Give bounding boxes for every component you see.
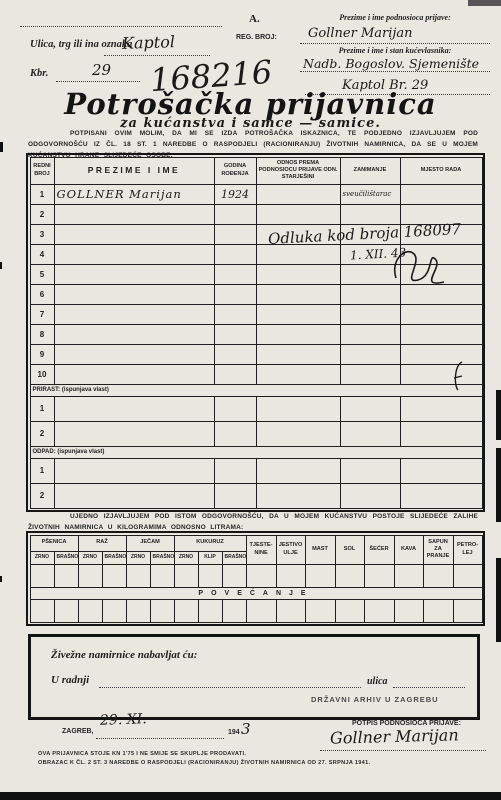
empty-cell — [214, 284, 256, 304]
signature-flourish — [388, 240, 458, 290]
sub-col-zrno: ZRNO — [174, 551, 198, 564]
sub-col-brasno: BRAŠNO — [222, 551, 246, 564]
supplies-table-grid: PŠENICA RAŽ JEČAM KUKURUZ TJESTE-NINE JE… — [30, 535, 483, 623]
footer-price-note: OVA PRIJAVNICA STOJE KN 1'75 I NE SMIJE … — [38, 751, 246, 757]
col-petrolej: PETRO-LEJ — [453, 535, 482, 564]
empty-cell — [340, 483, 400, 508]
row-number: 7 — [30, 304, 54, 324]
row-number: 9 — [30, 344, 54, 364]
empty-cell — [340, 304, 400, 324]
dotted-line — [56, 81, 140, 82]
empty-cell — [214, 224, 256, 244]
shop-label: U radnji — [51, 674, 89, 686]
empty-cell — [54, 264, 214, 284]
empty-cell — [340, 364, 400, 384]
odpad-band: ODPAD: (ispunjava vlast) — [30, 446, 482, 458]
empty-cell — [214, 304, 256, 324]
empty-cell — [256, 344, 340, 364]
empty-cell — [400, 458, 482, 483]
row-number: 1 — [30, 396, 54, 421]
empty-cell — [214, 364, 256, 384]
row-number: 5 — [30, 264, 54, 284]
sub-col-zrno: ZRNO — [78, 551, 102, 564]
ink-mark — [450, 360, 466, 392]
empty-cell — [256, 324, 340, 344]
street-value-handwritten: Kaptol — [122, 32, 176, 53]
supplies-group-header-row: PŠENICA RAŽ JEČAM KUKURUZ TJESTE-NINE JE… — [30, 535, 482, 551]
col-kava: KAVA — [394, 535, 423, 564]
row-number: 2 — [30, 421, 54, 446]
sub-col-brasno: BRAŠNO — [150, 551, 174, 564]
sub-col-zrno: ZRNO — [30, 551, 54, 564]
dotted-line — [96, 738, 224, 739]
prirast-label: PRIRAST: (ispunjava vlast) — [30, 384, 482, 396]
scan-artifact — [0, 792, 501, 800]
empty-cell — [364, 599, 394, 622]
col-header-prezime-ime: PREZIME I IME — [54, 157, 214, 184]
empty-cell — [214, 458, 256, 483]
odpad-row-1: 1 — [30, 458, 482, 483]
odpad-row-2: 2 — [30, 483, 482, 508]
empty-cell — [54, 364, 214, 384]
reg-number-label: REG. BROJ: — [236, 34, 277, 41]
house-number-label: Kbr. — [30, 68, 48, 79]
empty-cell — [256, 284, 340, 304]
empty-cell — [198, 564, 222, 587]
empty-cell — [335, 599, 364, 622]
povecanje-band: POVEĆANJE — [30, 587, 482, 599]
empty-cell — [54, 284, 214, 304]
sub-col-klip: KLIP — [198, 551, 222, 564]
prirast-row-2: 2 — [30, 421, 482, 446]
empty-cell — [256, 396, 340, 421]
supplies-table: PŠENICA RAŽ JEČAM KUKURUZ TJESTE-NINE JE… — [26, 531, 485, 626]
empty-cell — [214, 396, 256, 421]
empty-cell — [54, 599, 78, 622]
empty-cell — [174, 599, 198, 622]
empty-cell — [30, 599, 54, 622]
col-tjestenine: TJESTE-NINE — [246, 535, 276, 564]
empty-cell — [423, 599, 453, 622]
empty-cell — [54, 204, 214, 224]
household-header-row: REDNI BROJ PREZIME I IME GODINA ROĐENJA … — [30, 157, 482, 184]
empty-cell — [198, 599, 222, 622]
empty-cell — [340, 324, 400, 344]
col-header-godina: GODINA ROĐENJA — [214, 157, 256, 184]
landlord-value-handwritten: Nadb. Bogoslov. Sjemenište — [303, 56, 479, 71]
col-header-zanimanje: ZANIMANJE — [340, 157, 400, 184]
empty-cell — [340, 204, 400, 224]
empty-cell — [276, 564, 305, 587]
household-table-grid: REDNI BROJ PREZIME I IME GODINA ROĐENJA … — [30, 157, 483, 509]
empty-cell — [256, 483, 340, 508]
sub-col-brasno: BRAŠNO — [102, 551, 126, 564]
empty-cell — [214, 324, 256, 344]
empty-cell — [340, 396, 400, 421]
empty-cell — [305, 599, 335, 622]
col-group-psenica: PŠENICA — [30, 535, 78, 551]
empty-cell — [214, 421, 256, 446]
scan-artifact — [0, 262, 2, 269]
col-secer: ŠEĆER — [364, 535, 394, 564]
empty-cell — [335, 564, 364, 587]
empty-cell — [214, 264, 256, 284]
empty-cell — [364, 564, 394, 587]
empty-cell — [174, 564, 198, 587]
street-label: Ulica, trg ili ina oznaka — [30, 39, 132, 50]
supplies-intro-paragraph: UJEDNO IZJAVLJUJEM POD ISTOM ODGOVORNOŠĆ… — [28, 511, 478, 533]
street-field-label: ulica — [367, 676, 388, 687]
row-number: 4 — [30, 244, 54, 264]
col-header-mjesto-rada: MJESTO RADA — [400, 157, 482, 184]
empty-cell — [214, 483, 256, 508]
archive-stamp: DRŽAVNI ARHIV U ZAGREBU — [311, 695, 439, 704]
scan-artifact — [468, 0, 501, 6]
empty-cell — [214, 344, 256, 364]
empty-cell — [256, 364, 340, 384]
empty-cell — [400, 396, 482, 421]
year-printed: 194 — [228, 729, 240, 736]
col-group-jecam: JEČAM — [126, 535, 174, 551]
landlord-label: Prezime i ime i stan kućevlasnika: — [300, 46, 490, 55]
empty-cell — [453, 564, 482, 587]
empty-cell — [400, 324, 482, 344]
scan-artifact — [0, 142, 3, 152]
year-handwritten: 3 — [241, 720, 251, 738]
dotted-line — [393, 687, 465, 688]
empty-cell — [256, 458, 340, 483]
col-group-kukuruz: KUKURUZ — [174, 535, 246, 551]
applicant-name-label: Prezime i ime podnosioca prijave: — [300, 13, 490, 22]
sub-col-brasno: BRAŠNO — [54, 551, 78, 564]
col-header-redni-broj: REDNI BROJ — [30, 157, 54, 184]
empty-cell — [214, 204, 256, 224]
empty-cell — [214, 244, 256, 264]
col-jestivo-ulje: JESTIVO ULJE — [276, 535, 305, 564]
empty-cell — [78, 564, 102, 587]
empty-cell — [222, 599, 246, 622]
scan-artifact — [496, 390, 501, 440]
dotted-line — [104, 55, 210, 56]
purchase-line: Živežne namirnice nabavljat ću: — [51, 649, 197, 661]
member-year-handwritten: 1924 — [214, 184, 256, 204]
dotted-line — [320, 750, 486, 751]
row-number: 2 — [30, 483, 54, 508]
household-row-8: 8 — [30, 324, 482, 344]
empty-cell — [453, 599, 482, 622]
prirast-band: PRIRAST: (ispunjava vlast) — [30, 384, 482, 396]
empty-cell — [256, 264, 340, 284]
empty-cell — [54, 396, 214, 421]
empty-cell — [340, 458, 400, 483]
city-label: ZAGREB, — [62, 728, 94, 735]
scanned-form-page: Ulica, trg ili ina oznaka Kaptol Kbr. 29… — [0, 0, 501, 800]
empty-cell — [276, 599, 305, 622]
empty-cell — [256, 304, 340, 324]
household-row-2: 2 — [30, 204, 482, 224]
empty-cell — [340, 421, 400, 446]
house-number-value-handwritten: 29 — [92, 61, 111, 79]
col-header-odnos: ODNOS PREMA PODNOSIOCU PRIJAVE ODN. STAR… — [256, 157, 340, 184]
dotted-line — [20, 26, 222, 27]
empty-cell — [400, 344, 482, 364]
empty-cell — [400, 483, 482, 508]
empty-cell — [150, 599, 174, 622]
scan-artifact — [0, 576, 2, 582]
dotted-line — [300, 71, 490, 72]
empty-cell — [246, 564, 276, 587]
col-group-raz: RAŽ — [78, 535, 126, 551]
member-occupation-handwritten: sveučilištarac — [340, 184, 400, 204]
empty-cell — [54, 244, 214, 264]
dotted-line — [99, 687, 361, 688]
empty-cell — [423, 564, 453, 587]
povecanje-label: POVEĆANJE — [30, 587, 482, 599]
empty-cell — [400, 184, 482, 204]
scan-artifact — [496, 558, 501, 642]
applicant-name-handwritten: Gollner Marijan — [308, 26, 413, 41]
empty-cell — [30, 564, 54, 587]
empty-cell — [102, 599, 126, 622]
empty-cell — [54, 324, 214, 344]
row-number: 6 — [30, 284, 54, 304]
empty-cell — [400, 364, 482, 384]
empty-cell — [102, 564, 126, 587]
empty-cell — [256, 184, 340, 204]
row-number: 8 — [30, 324, 54, 344]
supplies-data-row-1 — [30, 564, 482, 587]
empty-cell — [394, 564, 423, 587]
date-handwritten: 29. XI. — [100, 711, 147, 729]
section-letter: A. — [249, 13, 260, 25]
empty-cell — [54, 458, 214, 483]
col-sol: SOL — [335, 535, 364, 564]
purchase-box: Živežne namirnice nabavljat ću: U radnji… — [28, 634, 480, 720]
signature-handwritten: Gollner Marijan — [330, 725, 459, 747]
empty-cell — [126, 564, 150, 587]
row-number: 2 — [30, 204, 54, 224]
empty-cell — [340, 344, 400, 364]
empty-cell — [78, 599, 102, 622]
sub-col-zrno: ZRNO — [126, 551, 150, 564]
empty-cell — [126, 599, 150, 622]
empty-cell — [150, 564, 174, 587]
odpad-label: ODPAD: (ispunjava vlast) — [30, 446, 482, 458]
empty-cell — [54, 421, 214, 446]
empty-cell — [256, 421, 340, 446]
row-number: 1 — [30, 458, 54, 483]
empty-cell — [222, 564, 246, 587]
row-number: 10 — [30, 364, 54, 384]
row-number: 1 — [30, 184, 54, 204]
empty-cell — [305, 564, 335, 587]
household-row-9: 9 — [30, 344, 482, 364]
supplies-data-row-2 — [30, 599, 482, 622]
col-mast: MAST — [305, 535, 335, 564]
row-number: 3 — [30, 224, 54, 244]
household-table: REDNI BROJ PREZIME I IME GODINA ROĐENJA … — [26, 153, 485, 512]
household-row-7: 7 — [30, 304, 482, 324]
empty-cell — [394, 599, 423, 622]
scan-artifact — [496, 448, 501, 522]
prirast-row-1: 1 — [30, 396, 482, 421]
footer-legal-note: OBRAZAC K ČL. 2 ST. 3 NAREDBE O RASPODJE… — [38, 760, 370, 766]
empty-cell — [54, 304, 214, 324]
empty-cell — [54, 483, 214, 508]
empty-cell — [54, 564, 78, 587]
household-row-1: 1 GOLLNER Marijan 1924 sveučilištarac — [30, 184, 482, 204]
member-name-handwritten: GOLLNER Marijan — [54, 184, 214, 204]
empty-cell — [246, 599, 276, 622]
empty-cell — [256, 204, 340, 224]
col-sapun: SAPUN ZA PRANJE — [423, 535, 453, 564]
household-row-10: 10 — [30, 364, 482, 384]
empty-cell — [54, 344, 214, 364]
dotted-line — [300, 43, 490, 44]
empty-cell — [54, 224, 214, 244]
empty-cell — [400, 304, 482, 324]
empty-cell — [400, 421, 482, 446]
